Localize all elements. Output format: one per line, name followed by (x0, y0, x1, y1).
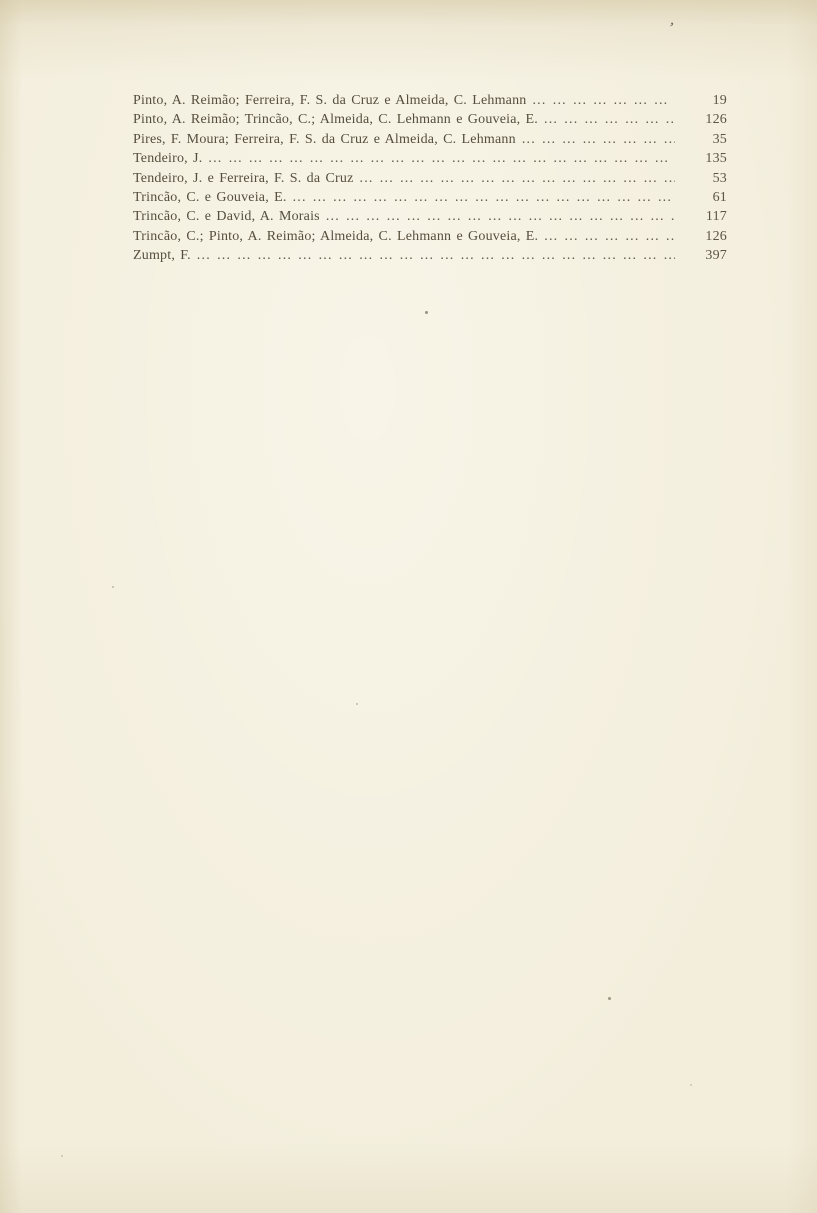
dot-leader: ... ... ... ... ... ... ... ... ... ... … (522, 130, 675, 149)
entry-authors: Pinto, A. Reimão; Trincão, C.; Almeida, … (133, 110, 538, 129)
entry-page-number: 19 (691, 91, 727, 110)
entry-authors: Pires, F. Moura; Ferreira, F. S. da Cruz… (133, 130, 516, 149)
dot-leader: ... ... ... ... ... ... ... ... ... ... … (197, 246, 675, 265)
entry-authors: Tendeiro, J. (133, 149, 202, 168)
entry-authors: Trincão, C. e David, A. Morais (133, 207, 320, 226)
dot-leader: ... ... ... ... ... ... ... ... ... ... … (544, 110, 675, 129)
index-entry-row: Zumpt, F. ... ... ... ... ... ... ... ..… (133, 246, 727, 265)
index-entry-row: Pinto, A. Reimão; Ferreira, F. S. da Cru… (133, 91, 727, 110)
scanned-book-page: ’ Pinto, A. Reimão; Ferreira, F. S. da C… (0, 0, 817, 1213)
index-list: Pinto, A. Reimão; Ferreira, F. S. da Cru… (133, 91, 727, 266)
entry-page-number: 135 (691, 149, 727, 168)
dot-leader: ... ... ... ... ... ... ... ... ... ... … (360, 169, 676, 188)
scan-speck (61, 1155, 63, 1157)
index-entry-row: Trincão, C. e David, A. Morais ... ... .… (133, 207, 727, 226)
entry-page-number: 117 (691, 207, 727, 226)
scan-speck (112, 586, 114, 588)
index-entry-row: Tendeiro, J. ... ... ... ... ... ... ...… (133, 149, 727, 168)
entry-authors: Trincão, C. e Gouveia, E. (133, 188, 287, 207)
entry-page-number: 397 (691, 246, 727, 265)
dot-leader: ... ... ... ... ... ... ... ... ... ... … (293, 188, 675, 207)
entry-page-number: 126 (691, 110, 727, 129)
dot-leader: ... ... ... ... ... ... ... ... ... ... … (208, 149, 675, 168)
index-entry-row: Trincão, C. e Gouveia, E. ... ... ... ..… (133, 188, 727, 207)
entry-page-number: 61 (691, 188, 727, 207)
index-entry-row: Trincão, C.; Pinto, A. Reimão; Almeida, … (133, 227, 727, 246)
scan-speck (356, 703, 358, 705)
entry-authors: Zumpt, F. (133, 246, 191, 265)
dot-leader: ... ... ... ... ... ... ... ... ... ... … (532, 91, 675, 110)
index-entry-row: Pires, F. Moura; Ferreira, F. S. da Cruz… (133, 130, 727, 149)
entry-authors: Trincão, C.; Pinto, A. Reimão; Almeida, … (133, 227, 538, 246)
dot-leader: ... ... ... ... ... ... ... ... ... ... … (544, 227, 675, 246)
scan-speck (690, 1084, 692, 1086)
dot-leader: ... ... ... ... ... ... ... ... ... ... … (326, 207, 675, 226)
index-entry-row: Pinto, A. Reimão; Trincão, C.; Almeida, … (133, 110, 727, 129)
entry-authors: Tendeiro, J. e Ferreira, F. S. da Cruz (133, 169, 354, 188)
stray-pen-mark: ’ (666, 20, 676, 39)
scan-speck (608, 997, 611, 1000)
index-entry-row: Tendeiro, J. e Ferreira, F. S. da Cruz .… (133, 169, 727, 188)
entry-page-number: 53 (691, 169, 727, 188)
entry-page-number: 35 (691, 130, 727, 149)
scan-speck (425, 311, 428, 314)
entry-page-number: 126 (691, 227, 727, 246)
entry-authors: Pinto, A. Reimão; Ferreira, F. S. da Cru… (133, 91, 526, 110)
